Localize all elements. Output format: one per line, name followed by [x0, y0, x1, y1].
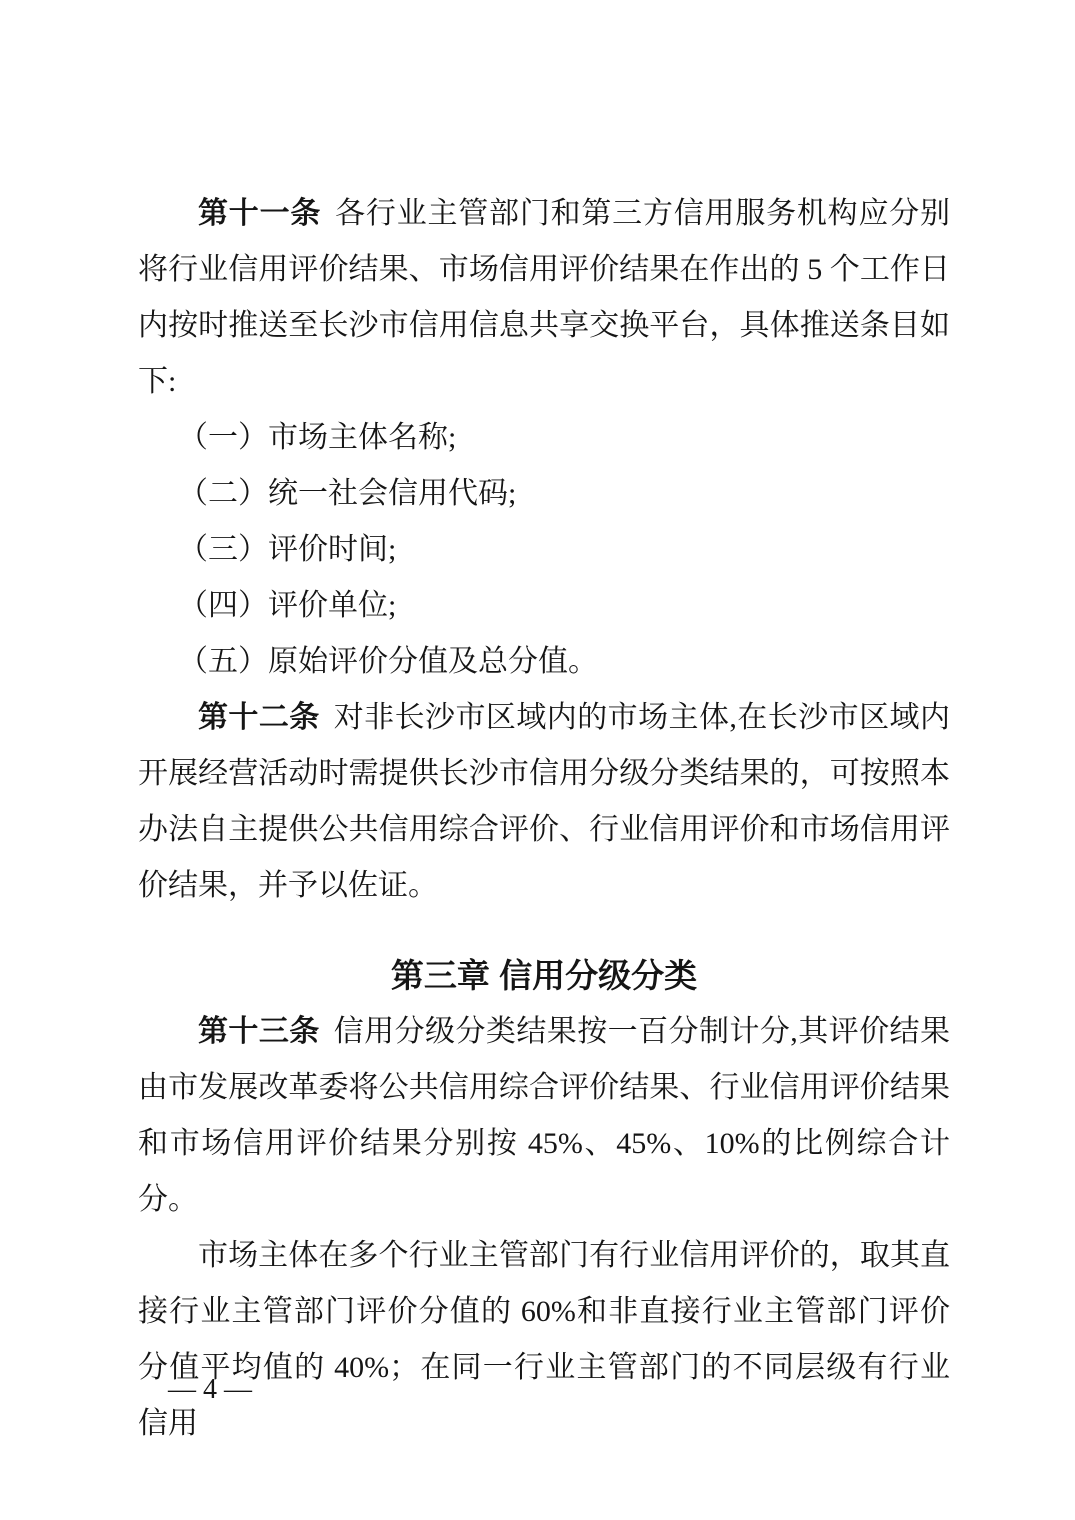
article-11-paragraph: 第十一条各行业主管部门和第三方信用服务机构应分别将行业信用评价结果、市场信用评价…	[138, 186, 950, 410]
page-number: — 4 —	[168, 1374, 252, 1406]
chapter-heading: 第三章 信用分级分类	[138, 948, 950, 1004]
list-item-3: （三）评价时间;	[138, 522, 950, 578]
article-12-number: 第十二条	[198, 701, 320, 734]
list-item-1: （一）市场主体名称;	[138, 410, 950, 466]
document-page: 第十一条各行业主管部门和第三方信用服务机构应分别将行业信用评价结果、市场信用评价…	[0, 0, 1075, 1520]
page-content: 第十一条各行业主管部门和第三方信用服务机构应分别将行业信用评价结果、市场信用评价…	[138, 186, 950, 1452]
article-12-paragraph: 第十二条对非长沙市区域内的市场主体,在长沙市区域内开展经营活动时需提供长沙市信用…	[138, 690, 950, 914]
scoring-paragraph: 市场主体在多个行业主管部门有行业信用评价的，取其直接行业主管部门评价分值的 60…	[138, 1228, 950, 1452]
article-13-number: 第十三条	[198, 1015, 320, 1048]
list-item-4: （四）评价单位;	[138, 578, 950, 634]
article-11-number: 第十一条	[198, 197, 321, 230]
list-item-5: （五）原始评价分值及总分值。	[138, 634, 950, 690]
list-item-2: （二）统一社会信用代码;	[138, 466, 950, 522]
article-13-paragraph: 第十三条信用分级分类结果按一百分制计分,其评价结果由市发展改革委将公共信用综合评…	[138, 1004, 950, 1228]
